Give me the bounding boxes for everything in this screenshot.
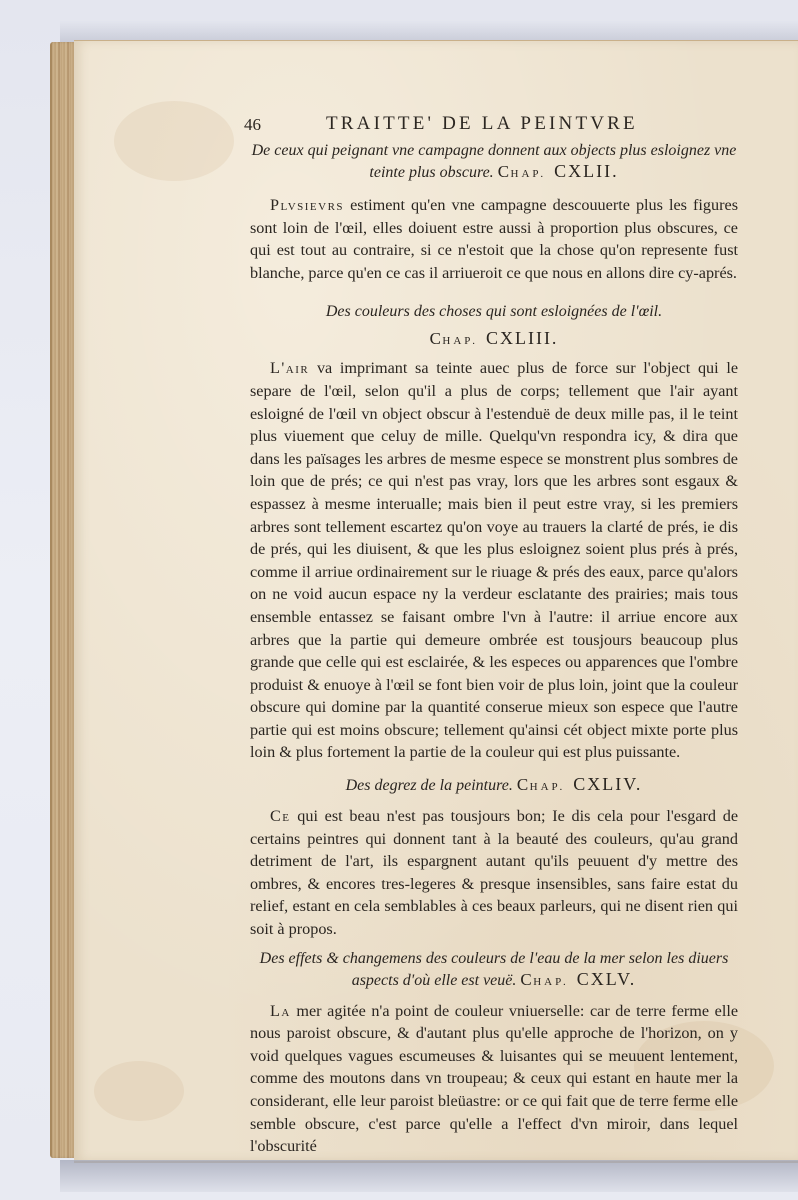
- chapter-body-145: La mer agitée n'a point de couleur vniue…: [250, 1000, 738, 1158]
- chapter-label: CHAP.CXLIV.: [517, 777, 643, 794]
- lead-word: Plvsievrs: [270, 196, 344, 214]
- chapter-number: CXLII.: [554, 161, 619, 181]
- chapter-title: Des degrez de la peinture.: [346, 777, 513, 794]
- chapter-label: CHAP.CXLV.: [520, 972, 636, 989]
- page-number: 46: [244, 115, 261, 135]
- chapter-number: CXLV.: [577, 969, 637, 989]
- lead-word: La: [270, 1002, 291, 1020]
- chapter-number: CXLIV.: [573, 774, 642, 794]
- chapter-label: CHAP.CXLII.: [498, 164, 619, 181]
- chapter-heading-144: Des degrez de la peinture. CHAP.CXLIV.: [250, 774, 738, 797]
- chapter-heading-143: Des couleurs des choses qui sont esloign…: [250, 302, 738, 322]
- running-head: 46 TRAITTE' DE LA PEINTVRE: [250, 113, 738, 139]
- paper-stain: [114, 101, 234, 181]
- paper-stain: [94, 1061, 184, 1121]
- page-shadow-bottom: [60, 1160, 798, 1192]
- body-text: mer agitée n'a point de couleur vniuerse…: [250, 1002, 738, 1156]
- body-text: va imprimant sa teinte auec plus de forc…: [250, 359, 738, 761]
- chapter-number: CXLIII.: [486, 328, 558, 348]
- chapter-title: Des couleurs des choses qui sont esloign…: [326, 303, 662, 320]
- lead-word: L'air: [270, 359, 309, 377]
- chapter-body-144: Ce qui est beau n'est pas tousjours bon;…: [250, 805, 738, 941]
- page-content: 46 TRAITTE' DE LA PEINTVRE De ceux qui p…: [250, 113, 738, 1158]
- chapter-heading-145: Des effets & changemens des couleurs de …: [250, 949, 738, 992]
- chapter-title: De ceux qui peignant vne campagne donnen…: [252, 142, 737, 181]
- body-text: qui est beau n'est pas tousjours bon; Ie…: [250, 807, 738, 938]
- running-title: TRAITTE' DE LA PEINTVRE: [326, 113, 638, 135]
- lead-word: Ce: [270, 807, 291, 825]
- chapter-heading-142: De ceux qui peignant vne campagne donnen…: [250, 141, 738, 184]
- book: 46 TRAITTE' DE LA PEINTVRE De ceux qui p…: [50, 40, 798, 1160]
- chapter-body-143: L'air va imprimant sa teinte auec plus d…: [250, 357, 738, 764]
- book-page: 46 TRAITTE' DE LA PEINTVRE De ceux qui p…: [74, 40, 798, 1163]
- chapter-title: Des effets & changemens des couleurs de …: [260, 950, 729, 989]
- chapter-label: CHAP.CXLIII.: [430, 331, 559, 348]
- chapter-label-row: CHAP.CXLIII.: [250, 328, 738, 351]
- chapter-body-142: Plvsievrs estiment qu'en vne campagne de…: [250, 194, 738, 284]
